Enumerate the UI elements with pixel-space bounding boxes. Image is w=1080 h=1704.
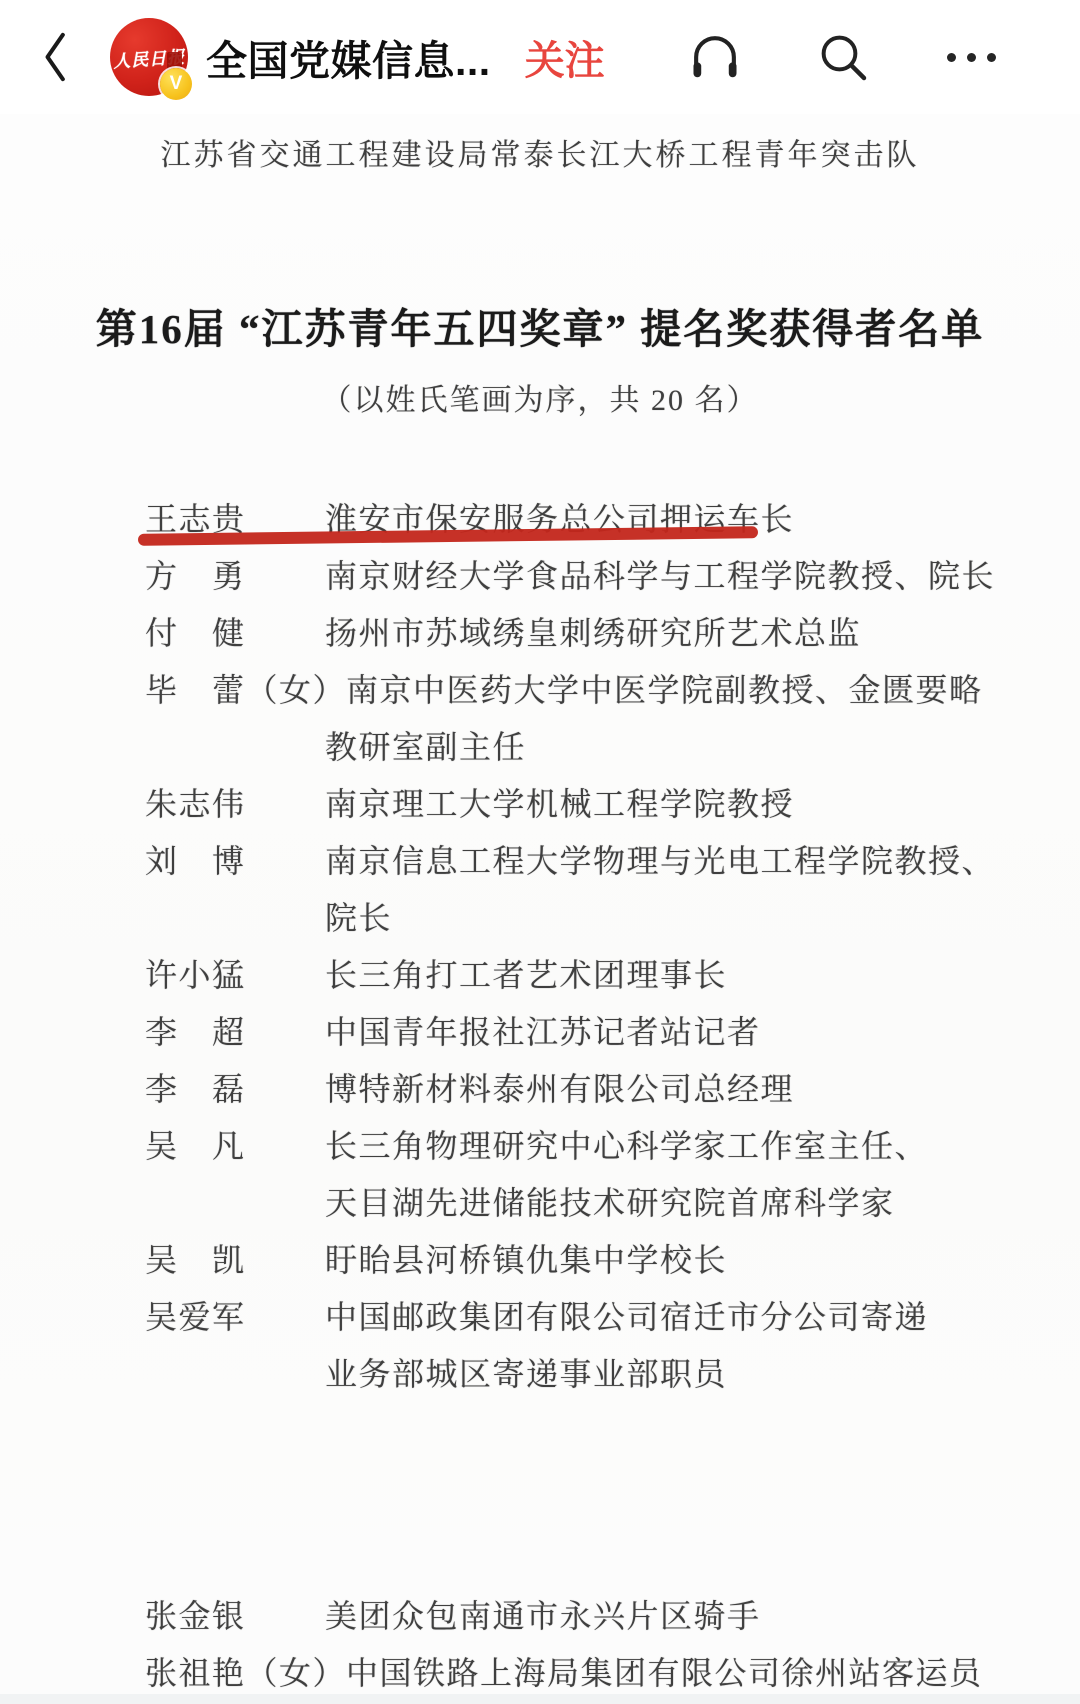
laureate-row: 吴 凡 长三角物理研究中心科学家工作室主任、 — [145, 1118, 1020, 1175]
search-button[interactable] — [812, 26, 874, 88]
chevron-left-icon — [39, 29, 73, 85]
listen-button[interactable] — [684, 26, 746, 88]
laureate-name: 方 勇 — [145, 548, 325, 605]
app-screen: 人民日报 V 全国党媒信息... 关注 — [0, 0, 1080, 1704]
follow-button[interactable]: 关注 — [525, 29, 605, 86]
laureate-row-continuation: 院长 — [145, 890, 1020, 947]
laureate-title: 院长 — [325, 890, 392, 947]
laureate-list: 王志贵 淮安市保安服务总公司押运车长 方 勇 南京财经大学食品科学与工程学院教授… — [0, 491, 1080, 1702]
laureate-name: 毕 蕾（女） — [145, 662, 346, 719]
laureate-title: 长三角物理研究中心科学家工作室主任、 — [325, 1118, 928, 1175]
headphones-icon — [686, 28, 744, 86]
laureate-name — [145, 719, 325, 776]
laureate-name: 许小猛 — [145, 947, 325, 1004]
laureate-title: 南京理工大学机械工程学院教授 — [325, 776, 794, 833]
header-actions — [684, 26, 1002, 88]
laureate-title: 南京信息工程大学物理与光电工程学院教授、 — [325, 833, 995, 890]
laureate-title: 天目湖先进储能技术研究院首席科学家 — [325, 1175, 895, 1232]
laureate-name: 朱志伟 — [145, 776, 325, 833]
laureate-row: 刘 博 南京信息工程大学物理与光电工程学院教授、 — [145, 833, 1020, 890]
top-navigation-bar: 人民日报 V 全国党媒信息... 关注 — [0, 0, 1080, 114]
ellipsis-icon — [947, 53, 996, 62]
laureate-row: 毕 蕾（女） 南京中医药大学中医学院副教授、金匮要略 — [145, 662, 1020, 719]
laureate-name: 刘 博 — [145, 833, 325, 890]
laureate-row: 许小猛 长三角打工者艺术团理事长 — [145, 947, 1020, 1004]
page-bottom-edge — [0, 1694, 1080, 1704]
account-avatar[interactable]: 人民日报 V — [110, 18, 188, 96]
account-title: 全国党媒信息... — [206, 28, 491, 87]
laureate-name — [145, 890, 325, 947]
laureate-name: 付 健 — [145, 605, 325, 662]
more-button[interactable] — [940, 26, 1002, 88]
laureate-name: 吴 凡 — [145, 1118, 325, 1175]
laureate-row: 张金银 美团众包南通市永兴片区骑手 — [145, 1588, 1020, 1645]
laureate-row: 方 勇 南京财经大学食品科学与工程学院教授、院长 — [145, 548, 1020, 605]
article-scanned-document: 江苏省交通工程建设局常泰长江大桥工程青年突击队 第16届 “江苏青年五四奖章” … — [0, 114, 1080, 1704]
laureate-name: 李 超 — [145, 1004, 325, 1061]
laureate-title: 中国邮政集团有限公司宿迁市分公司寄递 — [325, 1289, 928, 1346]
verified-badge-icon: V — [160, 68, 192, 100]
search-icon — [815, 29, 871, 85]
laureate-row-continuation: 业务部城区寄递事业部职员 — [145, 1346, 1020, 1403]
laureate-title: 南京中医药大学中医学院副教授、金匮要略 — [346, 662, 983, 719]
laureate-name: 李 磊 — [145, 1061, 325, 1118]
laureate-row-continuation: 天目湖先进储能技术研究院首席科学家 — [145, 1175, 1020, 1232]
document-title: 第16届 “江苏青年五四奖章” 提名奖获得者名单 — [0, 296, 1080, 355]
laureate-row: 吴爱军 中国邮政集团有限公司宿迁市分公司寄递 — [145, 1289, 1020, 1346]
laureate-name: 张金银 — [145, 1588, 325, 1645]
laureate-title: 美团众包南通市永兴片区骑手 — [325, 1588, 761, 1645]
document-subtitle: （以姓氏笔画为序，共 20 名） — [0, 375, 1080, 419]
laureate-row: 朱志伟 南京理工大学机械工程学院教授 — [145, 776, 1020, 833]
laureate-title: 南京财经大学食品科学与工程学院教授、院长 — [325, 548, 995, 605]
laureate-title: 教研室副主任 — [325, 719, 526, 776]
laureate-row: 付 健 扬州市苏域绣皇刺绣研究所艺术总监 — [145, 605, 1020, 662]
laureate-row: 李 超 中国青年报社江苏记者站记者 — [145, 1004, 1020, 1061]
laureate-title: 博特新材料泰州有限公司总经理 — [325, 1061, 794, 1118]
laureate-title: 业务部城区寄递事业部职员 — [325, 1346, 727, 1403]
laureate-title: 中国青年报社江苏记者站记者 — [325, 1004, 761, 1061]
laureate-name — [145, 1346, 325, 1403]
laureate-name: 吴爱军 — [145, 1289, 325, 1346]
laureate-title: 盱眙县河桥镇仇集中学校长 — [325, 1232, 727, 1289]
laureate-row: 李 磊 博特新材料泰州有限公司总经理 — [145, 1061, 1020, 1118]
laureate-name: 吴 凯 — [145, 1232, 325, 1289]
laureate-row: 吴 凯 盱眙县河桥镇仇集中学校长 — [145, 1232, 1020, 1289]
laureate-row-continuation: 教研室副主任 — [145, 719, 1020, 776]
laureate-name — [145, 1175, 325, 1232]
back-button[interactable] — [36, 27, 76, 87]
laureate-title: 扬州市苏域绣皇刺绣研究所艺术总监 — [325, 605, 861, 662]
laureate-title: 长三角打工者艺术团理事长 — [325, 947, 727, 1004]
document-byline: 江苏省交通工程建设局常泰长江大桥工程青年突击队 — [0, 114, 1080, 174]
